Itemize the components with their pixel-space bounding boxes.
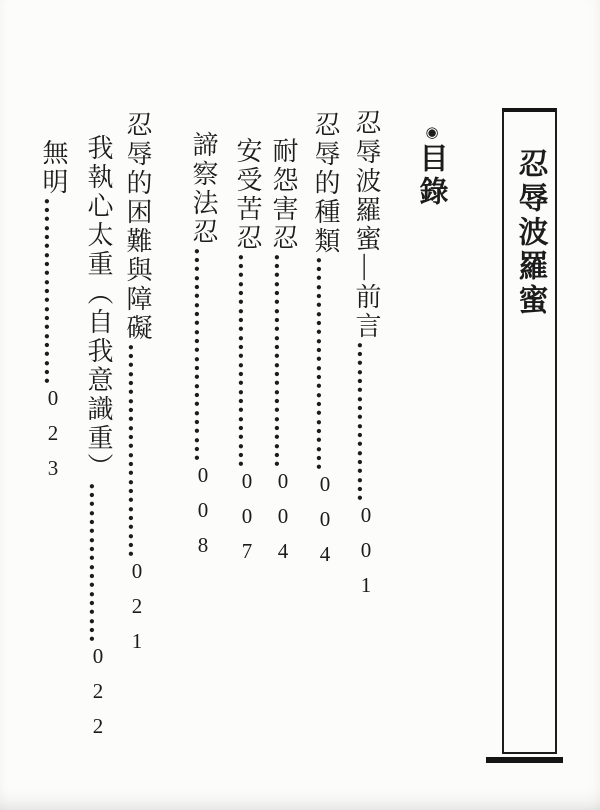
toc-entry-title: 忍辱波羅蜜—前言 bbox=[352, 109, 381, 341]
toc-entry: 諦察法忍……………………008 bbox=[187, 131, 219, 568]
title-box-bottom-rule bbox=[486, 757, 563, 763]
toc-heading: ◉ 目錄 bbox=[412, 125, 452, 209]
toc-heading-label: 目錄 bbox=[412, 143, 453, 209]
toc-entry-title: 諦察法忍 bbox=[189, 131, 218, 247]
book-title-box: 忍辱波羅蜜 bbox=[502, 108, 557, 754]
toc-entry-page: 001 bbox=[354, 503, 378, 608]
bullseye-bullet-icon: ◉ bbox=[425, 125, 438, 140]
toc-entry-leader: …………………… bbox=[233, 253, 262, 469]
toc-entry-leader: …………………… bbox=[189, 247, 218, 463]
toc-entry-leader: …………………… bbox=[269, 253, 298, 469]
toc-entry-title: 忍辱的困難與障礙 bbox=[123, 111, 152, 343]
toc-entry: 忍辱的種類……………………004 bbox=[309, 111, 341, 577]
toc-entry-leader: ……………… bbox=[352, 341, 381, 503]
toc-entry-leader: …………………… bbox=[311, 256, 340, 472]
toc-entry-leader: ……………… bbox=[84, 482, 113, 644]
toc-entry-title: 耐怨害忍 bbox=[269, 137, 298, 253]
toc-entry: 忍辱的困難與障礙……………………021 bbox=[121, 111, 153, 664]
scanned-page: 忍辱波羅蜜 ◉ 目錄 忍辱波羅蜜—前言………………001 忍辱的種類………………… bbox=[0, 0, 600, 810]
toc-entry-page: 023 bbox=[41, 386, 65, 491]
toc-entry-page: 007 bbox=[235, 469, 259, 574]
toc-entry-page: 021 bbox=[125, 559, 149, 664]
toc-entry-page: 004 bbox=[313, 472, 337, 577]
toc-entry-leader: …………………… bbox=[123, 343, 152, 559]
toc-entry-leader: ………………… bbox=[39, 197, 68, 386]
toc-entry: 我執心太重（自我意識重）………………022 bbox=[82, 134, 114, 749]
toc-entry: 忍辱波羅蜜—前言………………001 bbox=[350, 109, 382, 608]
toc-entry: 安受苦忍……………………007 bbox=[231, 137, 263, 574]
toc-entry-page: 004 bbox=[271, 469, 295, 574]
toc-entry-title: 無明 bbox=[39, 139, 68, 197]
toc-entry-title: 安受苦忍 bbox=[233, 137, 262, 253]
toc-entry-page: 008 bbox=[191, 463, 215, 568]
toc-entry: 無明…………………023 bbox=[37, 139, 69, 491]
book-title: 忍辱波羅蜜 bbox=[508, 112, 552, 752]
toc-entry-title: 忍辱的種類 bbox=[311, 111, 340, 256]
toc-entry: 耐怨害忍……………………004 bbox=[267, 137, 299, 574]
toc-entry-title: 我執心太重（自我意識重） bbox=[84, 134, 113, 482]
toc-entry-page: 022 bbox=[86, 644, 110, 749]
